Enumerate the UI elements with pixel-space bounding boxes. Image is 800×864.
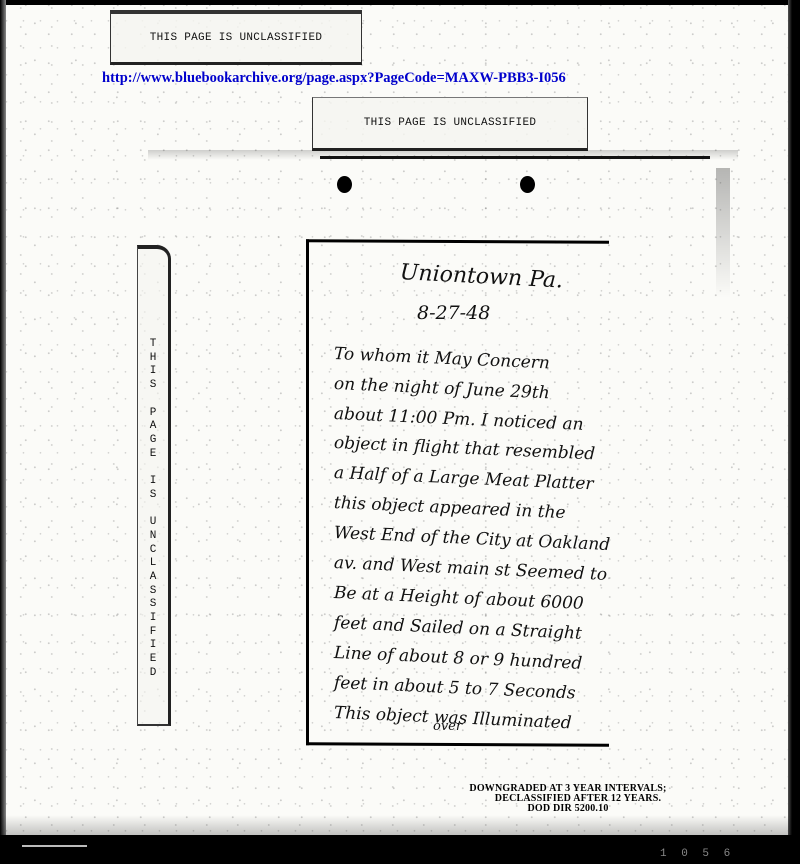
- classification-stamp-secondary: THIS PAGE IS UNCLASSIFIED: [312, 97, 588, 151]
- side-stamp-letter: I: [146, 639, 160, 653]
- classification-stamp-top: THIS PAGE IS UNCLASSIFIED: [110, 10, 362, 65]
- side-stamp-letter: I: [146, 475, 160, 489]
- side-stamp-letter: P: [146, 407, 160, 421]
- side-stamp-letter: E: [146, 653, 160, 667]
- side-stamp-letter: D: [146, 667, 160, 681]
- scan-border-left: [0, 0, 6, 864]
- side-stamp-letter: E: [146, 448, 160, 462]
- side-stamp-letter: S: [146, 598, 160, 612]
- side-stamp-gap: [146, 393, 160, 407]
- classification-stamp-text: THIS PAGE IS UNCLASSIFIED: [364, 117, 537, 129]
- side-stamp-letter: S: [146, 379, 160, 393]
- scan-shadow-bottom: [0, 815, 800, 837]
- scan-border-top: [0, 0, 800, 5]
- archive-url-link[interactable]: http://www.bluebookarchive.org/page.aspx…: [102, 70, 566, 87]
- continuation-note: over: [433, 719, 462, 734]
- declassification-stamp: DOWNGRADED AT 3 YEAR INTERVALS; DECLASSI…: [458, 784, 698, 814]
- side-classification-text: THIS PAGE IS UNCLASSIFIED: [146, 338, 160, 681]
- sheet-corner-shadow: [716, 168, 730, 298]
- side-stamp-letter: N: [146, 530, 160, 544]
- side-stamp-gap: [146, 461, 160, 475]
- side-stamp-letter: S: [146, 585, 160, 599]
- side-stamp-letter: T: [146, 338, 160, 352]
- sheet-top-edge: [320, 156, 710, 159]
- side-stamp-letter: L: [146, 557, 160, 571]
- side-stamp-letter: A: [146, 571, 160, 585]
- page-reference-number: 1 0 5 6: [660, 848, 734, 860]
- side-stamp-letter: I: [146, 365, 160, 379]
- side-stamp-letter: A: [146, 420, 160, 434]
- side-stamp-letter: U: [146, 516, 160, 530]
- letter-date: 8-27-48: [417, 302, 490, 324]
- classification-stamp-text: THIS PAGE IS UNCLASSIFIED: [150, 32, 323, 44]
- scan-border-right: [788, 0, 800, 864]
- side-stamp-gap: [146, 502, 160, 516]
- side-stamp-letter: I: [146, 612, 160, 626]
- declassification-line: DOD DIR 5200.10: [438, 804, 698, 814]
- side-stamp-letter: C: [146, 544, 160, 558]
- side-stamp-letter: S: [146, 489, 160, 503]
- punch-hole-icon: [337, 176, 352, 193]
- side-stamp-letter: H: [146, 352, 160, 366]
- side-stamp-letter: G: [146, 434, 160, 448]
- punch-hole-icon: [520, 176, 535, 193]
- side-stamp-letter: F: [146, 626, 160, 640]
- scan-mark: [22, 845, 87, 847]
